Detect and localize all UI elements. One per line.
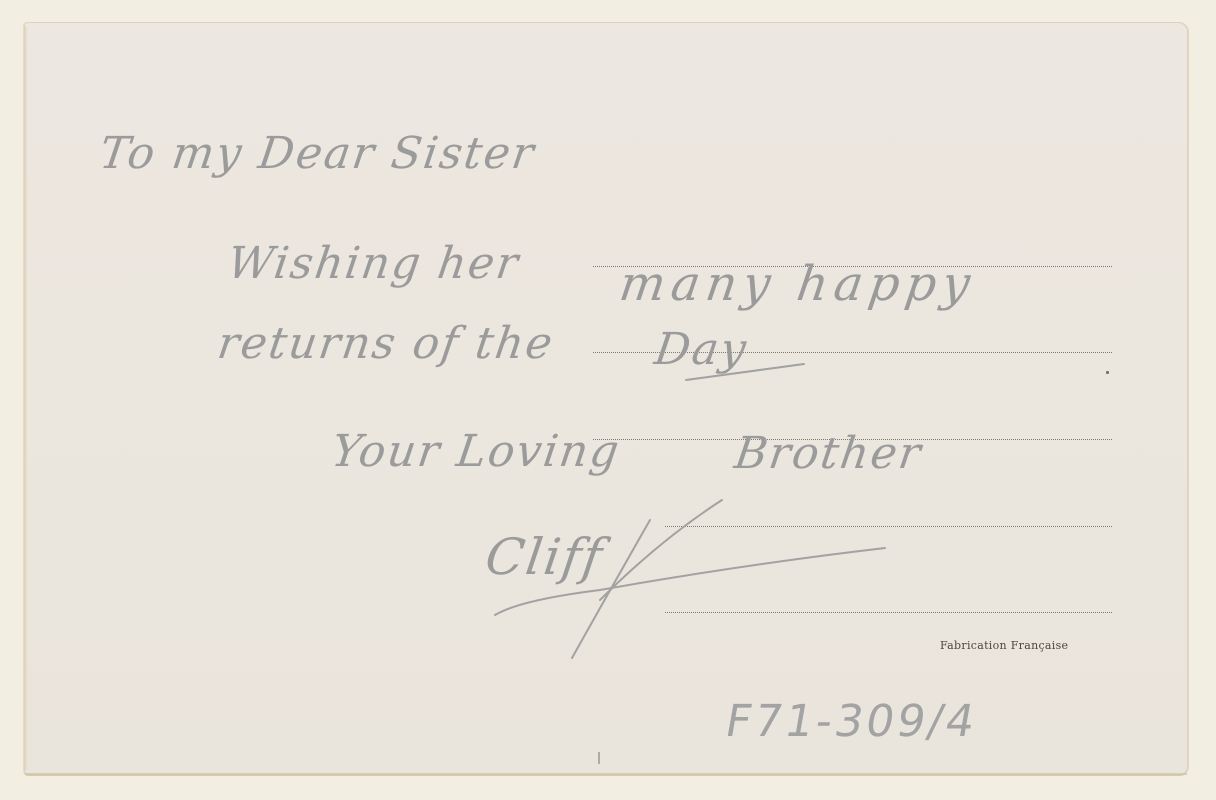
printed-dot-mark bbox=[1106, 371, 1109, 374]
many-happy-text: many happy bbox=[616, 256, 979, 312]
wishing-text: Wishing her bbox=[224, 238, 523, 289]
catalog-number: F71-309/4 bbox=[722, 696, 982, 747]
card-left-edge bbox=[25, 27, 28, 770]
signature: Cliff bbox=[486, 528, 603, 586]
card-bottom-edge bbox=[25, 773, 1187, 775]
returns-text: returns of the bbox=[214, 318, 557, 369]
handwritten-line-2b: many happy bbox=[620, 256, 976, 312]
center-fold-mark bbox=[598, 752, 600, 764]
greeting-line: To my Dear Sister bbox=[96, 128, 538, 179]
dotted-line-5 bbox=[665, 612, 1112, 613]
imprint-text: Fabrication Française bbox=[940, 639, 1068, 652]
dotted-line-4 bbox=[665, 526, 1112, 527]
brother-text: Brother bbox=[731, 428, 925, 479]
handwritten-line-4a: Your Loving bbox=[332, 426, 620, 477]
handwritten-line-3b: Day bbox=[655, 324, 747, 375]
day-text: Day bbox=[651, 324, 751, 375]
signature-text: Cliff bbox=[482, 528, 607, 586]
handwritten-line-2a: Wishing her bbox=[228, 238, 519, 289]
handwritten-line-4b: Brother bbox=[735, 428, 922, 479]
handwritten-greeting: To my Dear Sister bbox=[100, 128, 535, 179]
handwritten-line-3a: returns of the bbox=[218, 318, 554, 369]
your-loving-text: Your Loving bbox=[328, 426, 623, 477]
